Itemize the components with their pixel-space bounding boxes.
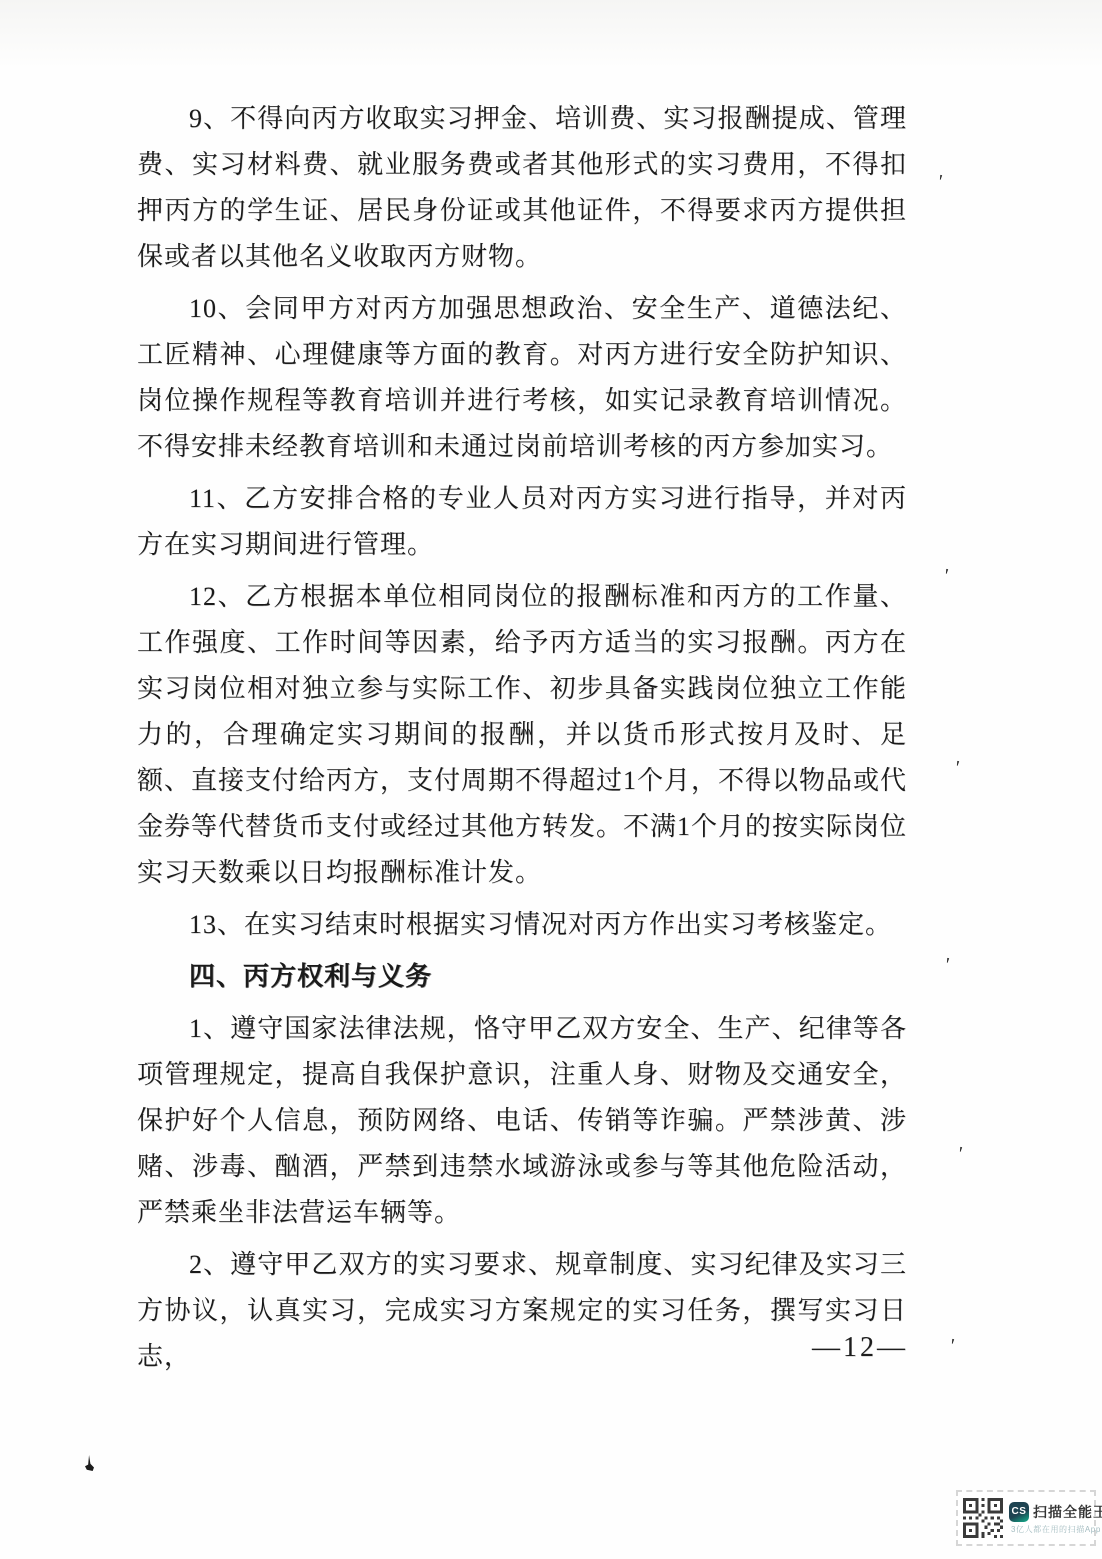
clause-9: 9、不得向丙方收取实习押金、培训费、实习报酬提成、管理费、实习材料费、就业服务费… [137,96,907,280]
clause-4-1: 1、遵守国家法律法规，恪守甲乙双方安全、生产、纪律等各项管理规定，提高自我保护意… [137,1006,907,1236]
clause-11: 11、乙方安排合格的专业人员对丙方实习进行指导，并对丙方在实习期间进行管理。 [137,476,907,568]
ink-blot-artifact [85,1455,94,1471]
scan-speck-mark: ' [943,955,951,975]
scanned-document-page: 9、不得向丙方收取实习押金、培训费、实习报酬提成、管理费、实习材料费、就业服务费… [0,0,1102,1559]
section-heading-party-c-rights: 四、丙方权利与义务 [137,954,907,1000]
document-body: 9、不得向丙方收取实习押金、培训费、实习报酬提成、管理费、实习材料费、就业服务费… [137,96,907,1386]
scan-speck-mark: ' [956,1144,964,1164]
scan-speck-mark: ' [936,172,944,192]
watermark-app-name: 扫描全能王 [1033,1502,1102,1522]
qr-code-icon [963,1498,1003,1538]
page-number: —12— [812,1332,908,1364]
clause-13: 13、在实习结束时根据实习情况对丙方作出实习考核鉴定。 [137,902,907,948]
clause-4-2: 2、遵守甲乙双方的实习要求、规章制度、实习纪律及实习三方协议，认真实习，完成实习… [137,1242,907,1380]
clause-10: 10、会同甲方对丙方加强思想政治、安全生产、道德法纪、工匠精神、心理健康等方面的… [137,286,907,470]
camscanner-logo-icon: CS [1009,1502,1029,1522]
watermark-text-block: CS 扫描全能王 3亿人都在用的扫描App [1009,1502,1089,1535]
scan-speck-mark: ' [953,758,961,778]
clause-12: 12、乙方根据本单位相同岗位的报酬标准和丙方的工作量、工作强度、工作时间等因素，… [137,574,907,896]
scan-speck-mark: ' [942,566,950,586]
watermark-tagline: 3亿人都在用的扫描App [1009,1524,1089,1535]
scan-speck-mark: ' [948,1336,956,1356]
camscanner-watermark-badge: CS 扫描全能王 3亿人都在用的扫描App [956,1490,1096,1546]
